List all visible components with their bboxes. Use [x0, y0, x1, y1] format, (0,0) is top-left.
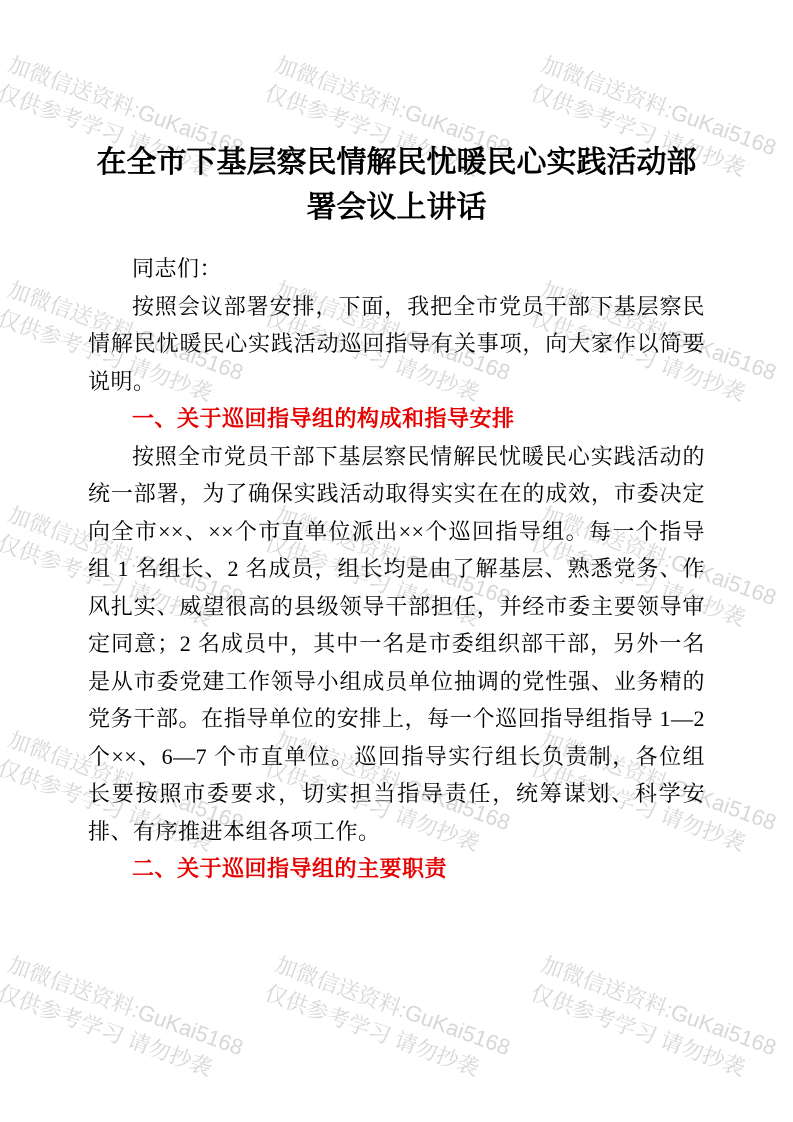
watermark-line1: 加微信送资料:GuKai5168	[4, 950, 247, 1063]
watermark-tile: 加微信送资料:GuKai5168仅供参考学习 请勿抄袭	[526, 950, 780, 1091]
body-paragraph: 按照会议部署安排，下面，我把全市党员干部下基层察民情解民忧暖民心实践活动巡回指导…	[88, 288, 705, 401]
section-heading: 一、关于巡回指导组的构成和指导安排	[88, 400, 705, 438]
watermark-line1: 加微信送资料:GuKai5168	[537, 950, 780, 1063]
section-heading: 二、关于巡回指导组的主要职责	[88, 850, 705, 888]
document-page: 加微信送资料:GuKai5168仅供参考学习 请勿抄袭加微信送资料:GuKai5…	[0, 0, 793, 1122]
document-content: 在全市下基层察民情解民忧暖民心实践活动部署会议上讲话 同志们：按照会议部署安排，…	[88, 140, 705, 888]
watermark-line2: 仅供参考学习 请勿抄袭	[526, 978, 769, 1091]
document-title: 在全市下基层察民情解民忧暖民心实践活动部署会议上讲话	[88, 140, 705, 230]
watermark-tile: 加微信送资料:GuKai5168仅供参考学习 请勿抄袭	[260, 950, 514, 1091]
body-paragraph: 同志们：	[88, 250, 705, 288]
watermark-tile: 加微信送资料:GuKai5168仅供参考学习 请勿抄袭	[0, 950, 247, 1091]
document-body: 同志们：按照会议部署安排，下面，我把全市党员干部下基层察民情解民忧暖民心实践活动…	[88, 250, 705, 888]
body-paragraph: 按照全市党员干部下基层察民情解民忧暖民心实践活动的统一部署，为了确保实践活动取得…	[88, 438, 705, 851]
watermark-line1: 加微信送资料:GuKai5168	[271, 950, 514, 1063]
watermark-line2: 仅供参考学习 请勿抄袭	[0, 978, 237, 1091]
watermark-line2: 仅供参考学习 请勿抄袭	[260, 978, 503, 1091]
